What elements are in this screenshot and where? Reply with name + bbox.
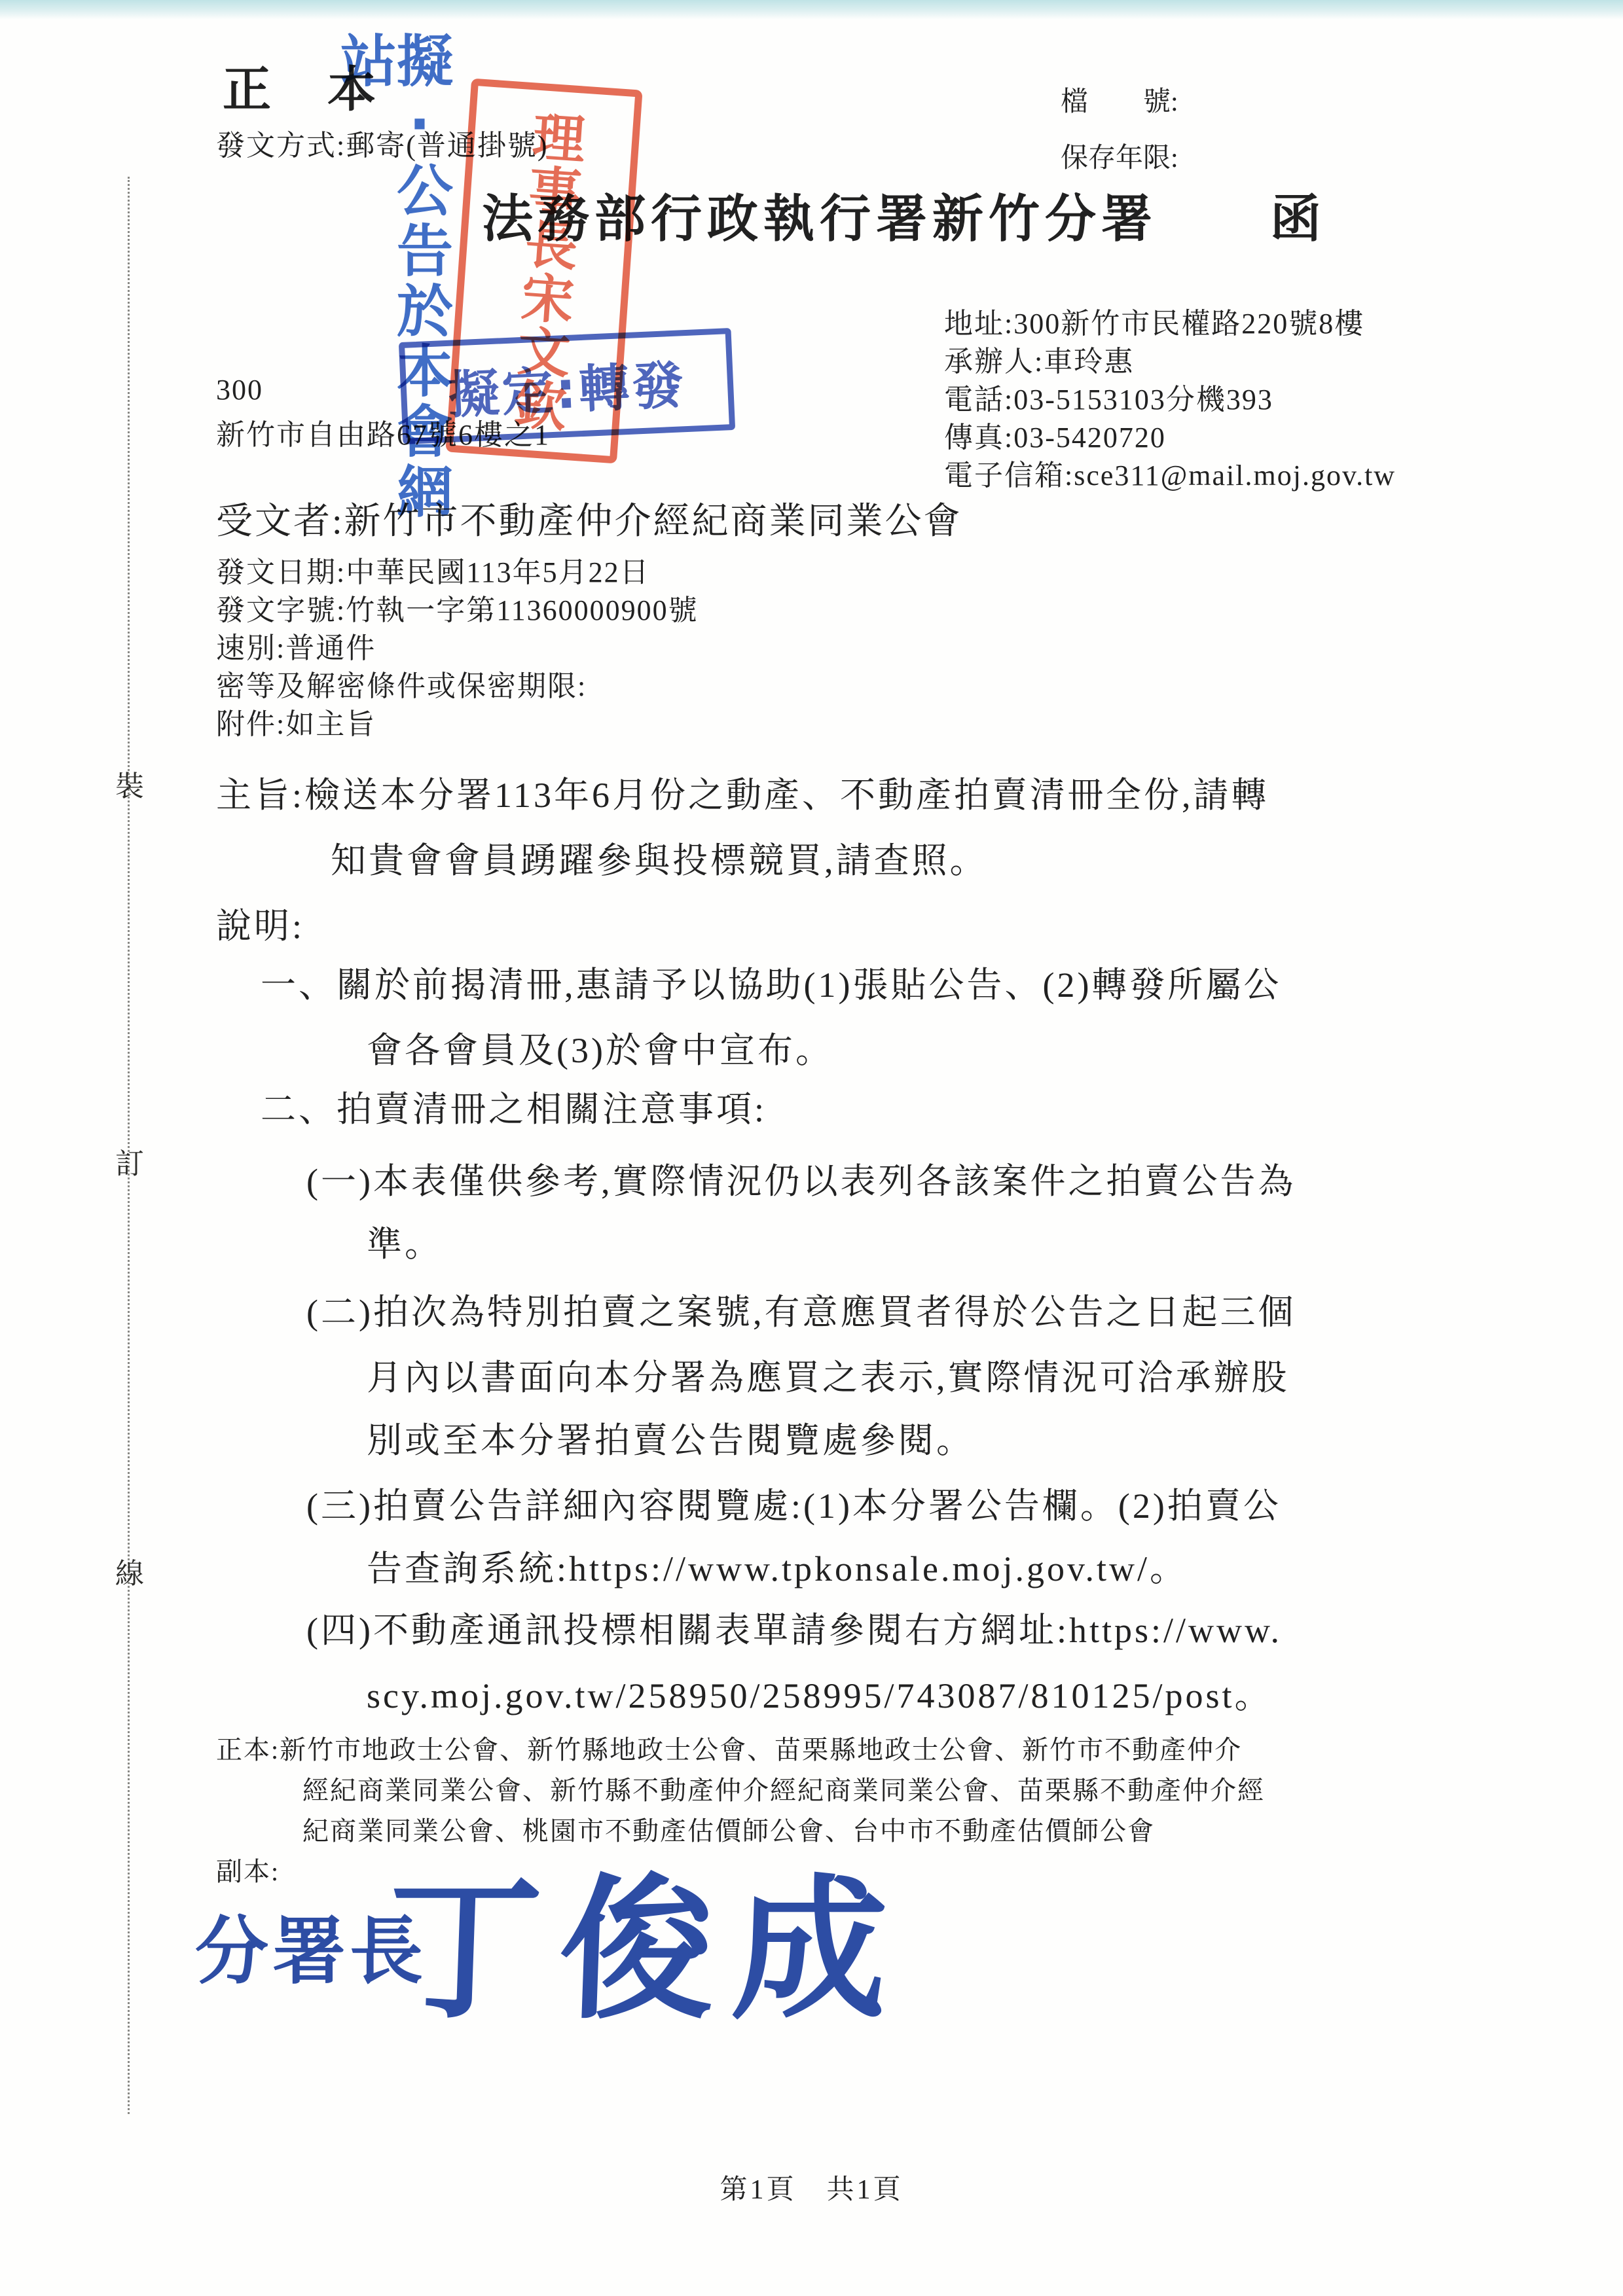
retention-label: 保存年限: [1061, 136, 1178, 175]
sender-contact-person: 承辦人:車玲惠 [944, 338, 1134, 380]
security-class: 密等及解密條件或保密期限: [216, 662, 587, 704]
draft-decision-stamp: 擬定:轉發 [399, 328, 735, 444]
recipient-line: 受文者:新竹市不動產仲介經紀商業同業公會 [216, 492, 962, 545]
signature-name-stamp: 丁俊成 [384, 1826, 910, 2048]
page-number-footer: 第1頁 共1頁 [0, 2168, 1623, 2207]
subject-line-2: 知貴會會員踴躍參與投標競買,請查照。 [331, 833, 988, 883]
file-number-label: 檔 號: [1061, 80, 1178, 119]
attachment-note: 附件:如主旨 [216, 700, 376, 742]
subject-line-1: 主旨:檢送本分署113年6月份之動產、不動產拍賣清冊全份,請轉 [216, 767, 1269, 817]
explanation-sub2-line1: (二)拍次為特別拍賣之案號,有意應買者得於公告之日起三個 [306, 1284, 1296, 1335]
explanation-sub2-line3: 別或至本分署拍賣公告閱覽處參閱。 [367, 1412, 974, 1463]
explanation-item1-line1: 一、關於前揭清冊,惠請予以協助(1)張貼公告、(2)轉發所屬公 [261, 957, 1281, 1007]
explanation-sub3-line1: (三)拍賣公告詳細內容閱覽處:(1)本分署公告欄。(2)拍賣公 [306, 1478, 1281, 1528]
recipient-zip: 300 [216, 373, 263, 406]
sender-phone: 電話:03-5153103分機393 [944, 376, 1273, 418]
binding-mark-ding: 訂 [103, 1140, 156, 1182]
draft-decision-stamp-text: 擬定:轉發 [447, 344, 687, 428]
scanned-official-letter: 裝 訂 線 正 本 發文方式:郵寄(普通掛號) 檔 號: 保存年限: 法務部行政… [0, 0, 1623, 2296]
issue-date: 發文日期:中華民國113年5月22日 [216, 548, 650, 590]
issue-number: 發文字號:竹執一字第11360000900號 [216, 586, 699, 628]
distribution-original-line2: 經紀商業同業公會、新竹縣不動產仲介經紀商業同業公會、苗栗縣不動產仲介經 [302, 1770, 1265, 1807]
sender-fax: 傳真:03-5420720 [944, 414, 1166, 456]
explanation-sub3-line2: 告查詢系統:https://www.tpkonsale.moj.gov.tw/。 [367, 1541, 1188, 1591]
distribution-copy-label: 副本: [216, 1851, 280, 1888]
explanation-sub1-line2: 準。 [367, 1216, 443, 1266]
explanation-item1-line2: 會各會員及(3)於會中宣布。 [367, 1022, 833, 1073]
scan-artifact-band [0, 0, 1623, 20]
binding-mark-xian: 線 [103, 1550, 156, 1592]
explanation-sub2-line2: 月內以書面向本分署為應買之表示,實際情況可洽承辦股 [367, 1350, 1290, 1400]
explanation-item2: 二、拍賣清冊之相關注意事項: [261, 1081, 767, 1132]
blue-handwritten-note: 擬·公告於本會網站 [335, 31, 448, 548]
speed-class: 速別:普通件 [216, 624, 376, 666]
distribution-original-line1: 正本:新竹市地政士公會、新竹縣地政士公會、苗栗縣地政士公會、新竹市不動產仲介 [216, 1729, 1242, 1767]
explanation-sub4-line1: (四)不動產通訊投標相關表單請參閱右方網址:https://www. [306, 1602, 1282, 1653]
explanation-sub4-line2: scy.moj.gov.tw/258950/258995/743087/8101… [367, 1668, 1273, 1718]
explanation-header: 說明: [216, 898, 304, 948]
sender-email: 電子信箱:sce311@mail.moj.gov.tw [944, 452, 1396, 493]
explanation-sub1-line1: (一)本表僅供參考,實際情況仍以表列各該案件之拍賣公告為 [306, 1153, 1296, 1204]
binding-mark-zhuang: 裝 [103, 762, 156, 804]
sender-address: 地址:300新竹市民權路220號8樓 [944, 300, 1364, 342]
